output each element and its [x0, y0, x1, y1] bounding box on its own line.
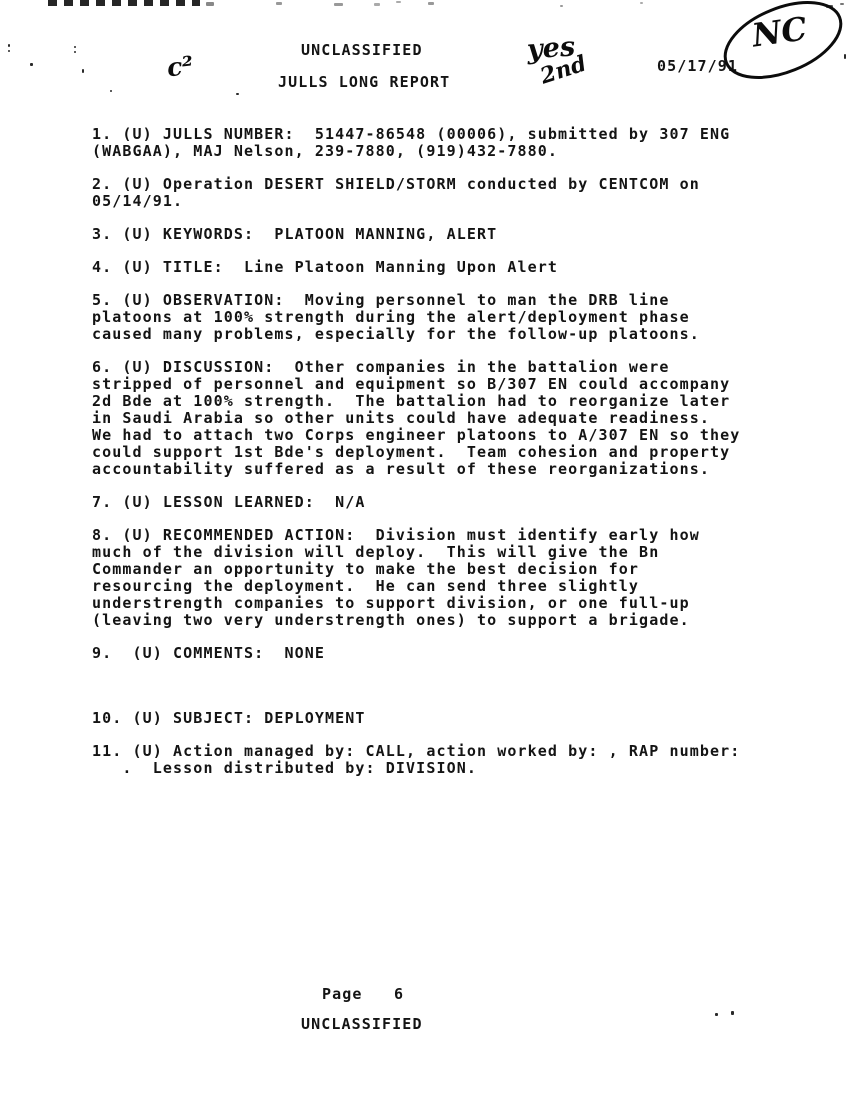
paragraph-9: 9. (U) COMMENTS: NONE	[92, 645, 740, 662]
document-body: 1. (U) JULLS NUMBER: 51447-86548 (00006)…	[92, 126, 740, 777]
text-line: 9. (U) COMMENTS: NONE	[92, 645, 740, 662]
text-line: (WABGAA), MAJ Nelson, 239-7880, (919)432…	[92, 143, 740, 160]
text-line: 5. (U) OBSERVATION: Moving personnel to …	[92, 292, 740, 309]
paragraph-1: 1. (U) JULLS NUMBER: 51447-86548 (00006)…	[92, 126, 740, 160]
paragraph-7: 7. (U) LESSON LEARNED: N/A	[92, 494, 740, 511]
scan-speck	[8, 44, 10, 47]
text-line: understrength companies to support divis…	[92, 595, 740, 612]
text-line: 3. (U) KEYWORDS: PLATOON MANNING, ALERT	[92, 226, 740, 243]
text-line: could support 1st Bde's deployment. Team…	[92, 444, 740, 461]
scan-speck	[110, 90, 112, 92]
paragraph-2: 2. (U) Operation DESERT SHIELD/STORM con…	[92, 176, 740, 210]
scan-speck	[8, 50, 10, 52]
paragraph-8: 8. (U) RECOMMENDED ACTION: Division must…	[92, 527, 740, 629]
scan-speck	[74, 51, 76, 53]
paragraph-10: 10. (U) SUBJECT: DEPLOYMENT	[92, 710, 740, 727]
text-line: (leaving two very understrength ones) to…	[92, 612, 740, 629]
scan-speck	[428, 2, 434, 5]
circled-initials-text: NC	[749, 9, 810, 54]
text-line: 2d Bde at 100% strength. The battalion h…	[92, 393, 740, 410]
text-line: accountability suffered as a result of t…	[92, 461, 740, 478]
scan-speck	[560, 5, 563, 7]
text-line: 4. (U) TITLE: Line Platoon Manning Upon …	[92, 259, 740, 276]
text-line: 2. (U) Operation DESERT SHIELD/STORM con…	[92, 176, 740, 193]
page-number: 6	[394, 986, 404, 1003]
report-title: JULLS LONG REPORT	[278, 74, 450, 91]
text-line: 05/14/91.	[92, 193, 740, 210]
text-line: resourcing the deployment. He can send t…	[92, 578, 740, 595]
text-line: We had to attach two Corps engineer plat…	[92, 427, 740, 444]
paragraph-3: 3. (U) KEYWORDS: PLATOON MANNING, ALERT	[92, 226, 740, 243]
text-line: platoons at 100% strength during the ale…	[92, 309, 740, 326]
scan-speck	[30, 63, 33, 66]
footer-classification: UNCLASSIFIED	[301, 1016, 423, 1033]
scan-speck	[715, 1013, 718, 1016]
scan-speck	[374, 3, 380, 6]
text-line: 10. (U) SUBJECT: DEPLOYMENT	[92, 710, 740, 727]
text-line: stripped of personnel and equipment so B…	[92, 376, 740, 393]
text-line: 8. (U) RECOMMENDED ACTION: Division must…	[92, 527, 740, 544]
text-line: caused many problems, especially for the…	[92, 326, 740, 343]
scan-speck	[731, 1011, 734, 1015]
text-line: 1. (U) JULLS NUMBER: 51447-86548 (00006)…	[92, 126, 740, 143]
scan-speck	[334, 3, 343, 6]
paragraph-5: 5. (U) OBSERVATION: Moving personnel to …	[92, 292, 740, 343]
scan-speck	[82, 69, 84, 73]
scan-speck	[74, 46, 76, 48]
scan-speck	[236, 93, 239, 95]
scan-speck	[640, 2, 643, 4]
scan-speck	[396, 1, 401, 3]
paragraph-11: 11. (U) Action managed by: CALL, action …	[92, 743, 740, 777]
handwritten-annotation-c2: c²	[166, 51, 195, 83]
scanned-document-page: UNCLASSIFIED JULLS LONG REPORT 05/17/91 …	[0, 0, 848, 1104]
header-classification: UNCLASSIFIED	[301, 42, 423, 59]
scan-speck	[276, 2, 282, 5]
scan-artifact-top-edge	[48, 0, 200, 6]
text-line: Commander an opportunity to make the bes…	[92, 561, 740, 578]
paragraph-6: 6. (U) DISCUSSION: Other companies in th…	[92, 359, 740, 478]
text-line: 6. (U) DISCUSSION: Other companies in th…	[92, 359, 740, 376]
text-line: 7. (U) LESSON LEARNED: N/A	[92, 494, 740, 511]
text-line: much of the division will deploy. This w…	[92, 544, 740, 561]
text-line: 11. (U) Action managed by: CALL, action …	[92, 743, 740, 760]
scan-speck	[206, 2, 214, 6]
text-line: in Saudi Arabia so other units could hav…	[92, 410, 740, 427]
page-label: Page	[322, 986, 363, 1003]
paragraph-4: 4. (U) TITLE: Line Platoon Manning Upon …	[92, 259, 740, 276]
text-line: . Lesson distributed by: DIVISION.	[92, 760, 740, 777]
circled-initials-mark: NC	[712, 0, 848, 92]
